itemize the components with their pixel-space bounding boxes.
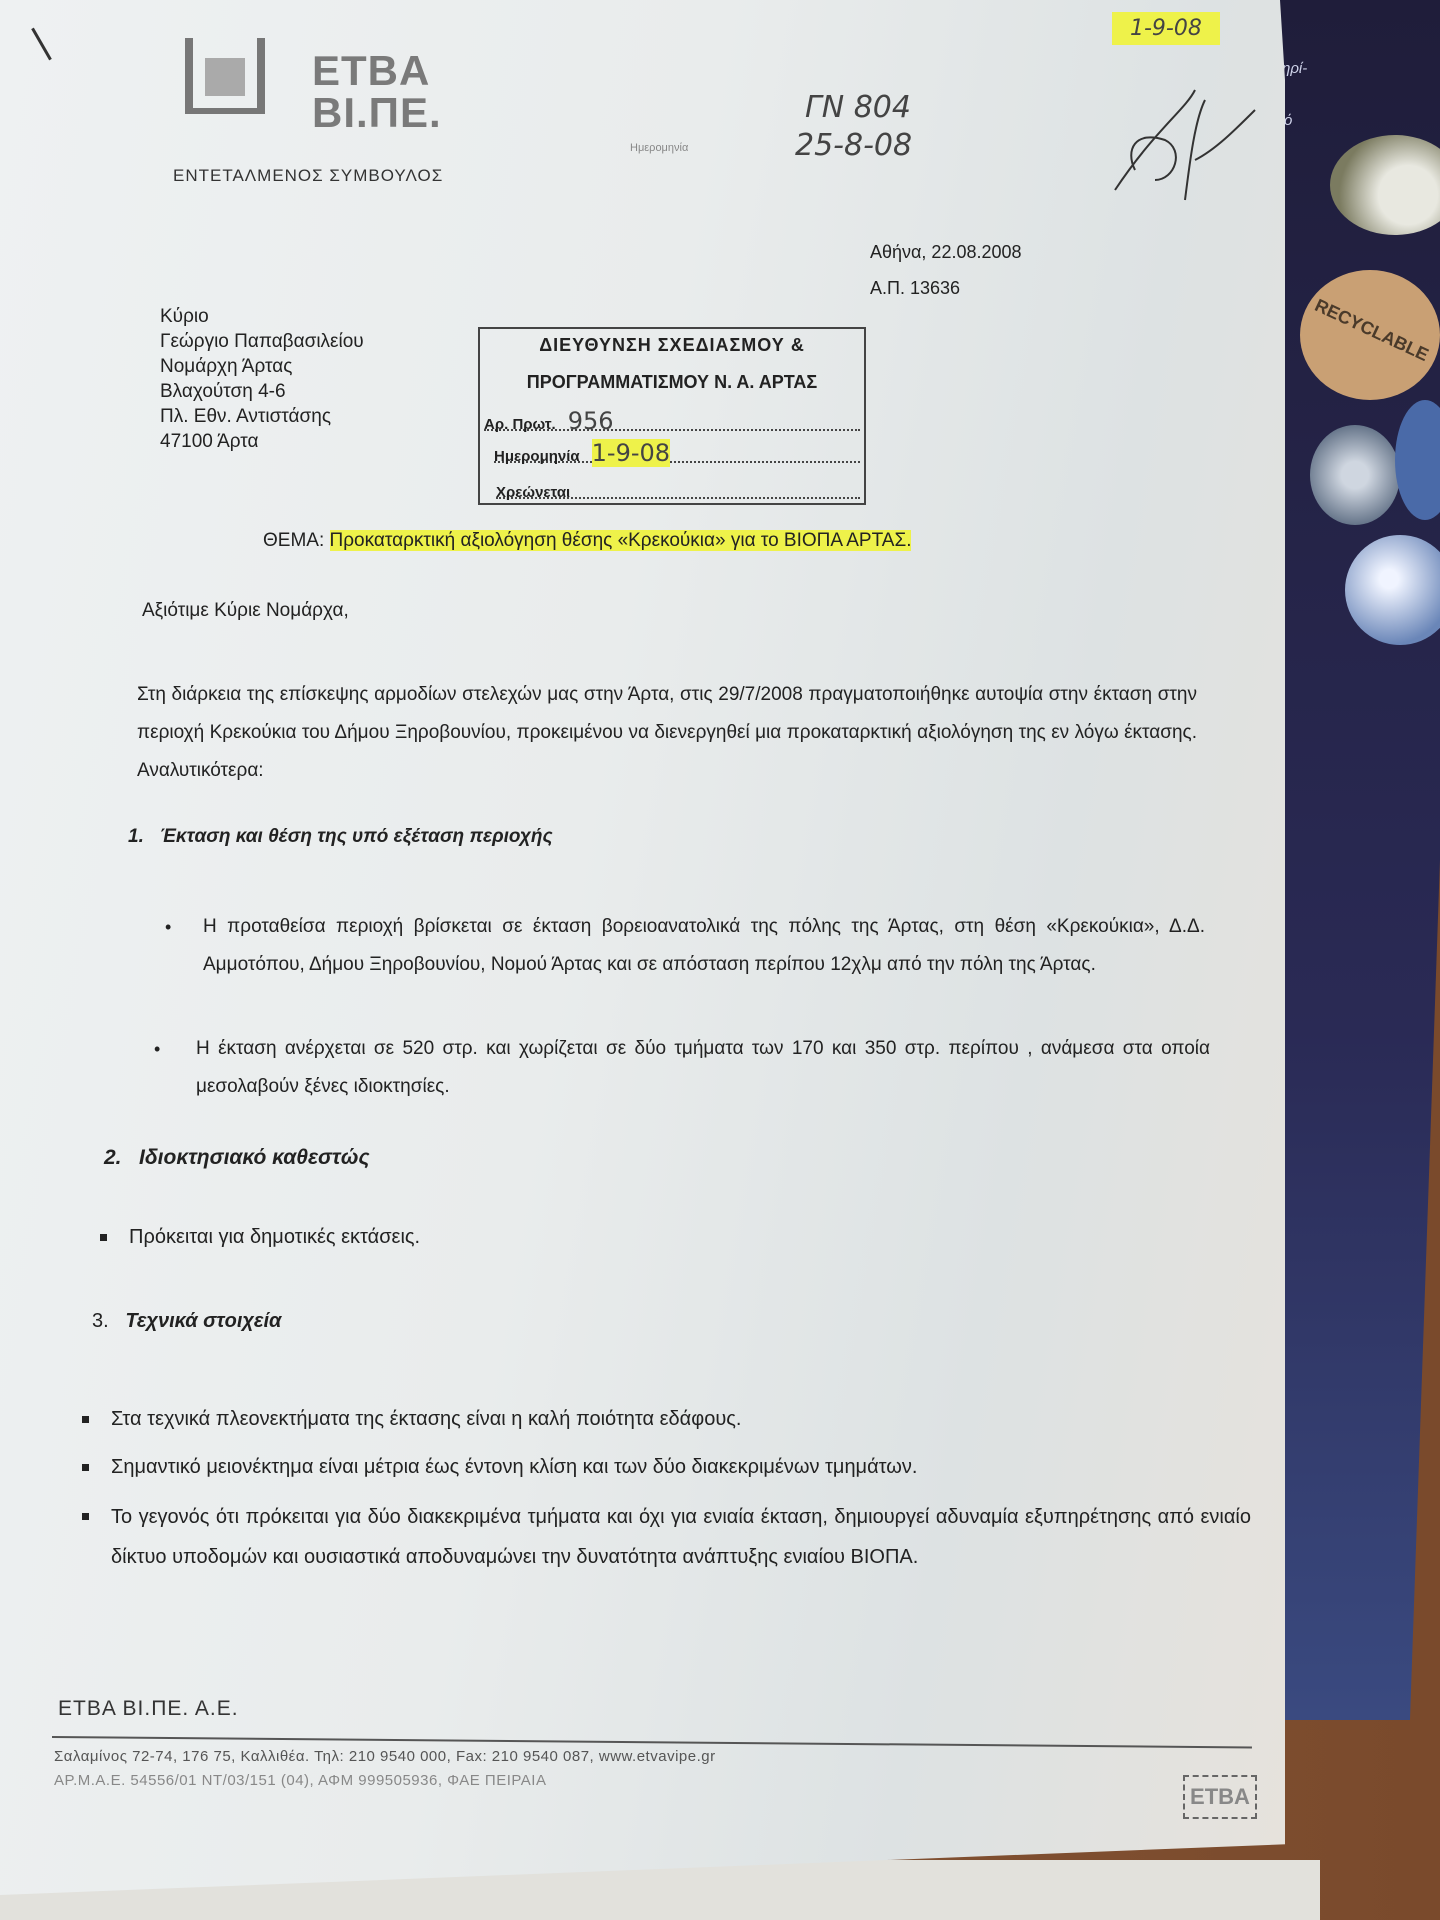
- signature-icon: [1095, 70, 1265, 210]
- footer-divider: [52, 1736, 1252, 1748]
- brochure-photo-lens: [1310, 425, 1400, 525]
- handwritten-ref-date: 25-8-08: [795, 128, 912, 163]
- brochure-text: ό: [1284, 112, 1292, 129]
- list-item: Στα τεχνικά πλεονεκτήματα της έκτασης εί…: [82, 1399, 1262, 1439]
- sender-role: ΕΝΤΕΤΑΛΜΕΝΟΣ ΣΥΜΒΟΥΛΟΣ: [173, 166, 443, 186]
- subject-line: ΘΕΜΑ: Προκαταρκτική αξιολόγηση θέσης «Κρ…: [263, 530, 911, 552]
- protocol-number: Α.Π. 13636: [870, 278, 960, 299]
- list-item: • Η έκταση ανέρχεται σε 520 στρ. και χωρ…: [150, 1030, 1210, 1106]
- footer-logo-icon: ΕΤΒΑ: [1183, 1775, 1257, 1819]
- recipient-address: Κύριο Γεώργιο Παπαβασιλείου Νομάρχη Άρτα…: [160, 304, 364, 454]
- handwritten-ref-code: ΓΝ 804: [805, 90, 911, 125]
- brochure-text: ηρί-: [1282, 60, 1307, 77]
- stamp-date-label: Ημερομηνία: [630, 142, 688, 154]
- list-item: • Η προταθείσα περιοχή βρίσκεται σε έκτα…: [165, 908, 1205, 984]
- etva-logo-text: ΕΤΒΑ ΒΙ.ΠΕ.: [312, 50, 442, 134]
- footer-address: Σαλαμίνος 72-74, 176 75, Καλλιθέα. Τηλ: …: [54, 1748, 716, 1765]
- footer-registration: ΑΡ.Μ.Α.Ε. 54556/01 ΝΤ/03/151 (04), ΑΦΜ 9…: [54, 1772, 546, 1789]
- list-item: Το γεγονός ότι πρόκειται για δύο διακεκρ…: [82, 1497, 1262, 1577]
- stamp-charged-field: Χρεώνεται: [496, 475, 860, 499]
- handwritten-corner-date: 1-9-08: [1112, 12, 1220, 45]
- subject-text: Προκαταρκτική αξιολόγηση θέσης «Κρεκούκι…: [330, 530, 912, 551]
- etva-logo-icon: [185, 38, 275, 123]
- section-3-heading: 3. Τεχνικά στοιχεία: [92, 1310, 281, 1333]
- stamp-date-value: 1-9-08: [592, 439, 670, 467]
- list-item: Σημαντικό μειονέκτημα είναι μέτρια έως έ…: [82, 1447, 1262, 1487]
- list-item: Πρόκειται για δημοτικές εκτάσεις.: [100, 1226, 420, 1249]
- stamp-subtitle: ΠΡΟΓΡΑΜΜΑΤΙΣΜΟΥ Ν. Α. ΑΡΤΑΣ: [484, 372, 860, 393]
- pen-mark: [31, 28, 52, 61]
- letter-page: ΕΤΒΑ ΒΙ.ΠΕ. ΕΝΤΕΤΑΛΜΕΝΟΣ ΣΥΜΒΟΥΛΟΣ Ημερο…: [0, 0, 1285, 1895]
- footer-company: ΕΤΒΑ ΒΙ.ΠΕ. Α.Ε.: [58, 1697, 239, 1721]
- brochure-recycle-icon: RECYCLABLE: [1300, 270, 1440, 400]
- registry-stamp: ΔΙΕΥΘΥΝΣΗ ΣΧΕΔΙΑΣΜΟΥ & ΠΡΟΓΡΑΜΜΑΤΙΣΜΟΥ Ν…: [478, 327, 866, 505]
- letter-date: Αθήνα, 22.08.2008: [870, 242, 1022, 263]
- section-2-heading: 2. Ιδιοκτησιακό καθεστώς: [104, 1146, 370, 1170]
- section-1-heading: 1. Έκταση και θέση της υπό εξέταση περιο…: [128, 826, 553, 848]
- stamp-protocol-value: 956: [568, 407, 614, 435]
- intro-paragraph: Στη διάρκεια της επίσκεψης αρμοδίων στελ…: [137, 676, 1197, 790]
- greeting: Αξιότιμε Κύριε Νομάρχα,: [142, 600, 349, 622]
- stamp-date-field: Ημερομηνία1-9-08: [494, 439, 860, 463]
- stamp-title: ΔΙΕΥΘΥΝΣΗ ΣΧΕΔΙΑΣΜΟΥ &: [484, 335, 860, 356]
- stamp-protocol-field: Αρ. Πρωτ.956: [484, 407, 860, 431]
